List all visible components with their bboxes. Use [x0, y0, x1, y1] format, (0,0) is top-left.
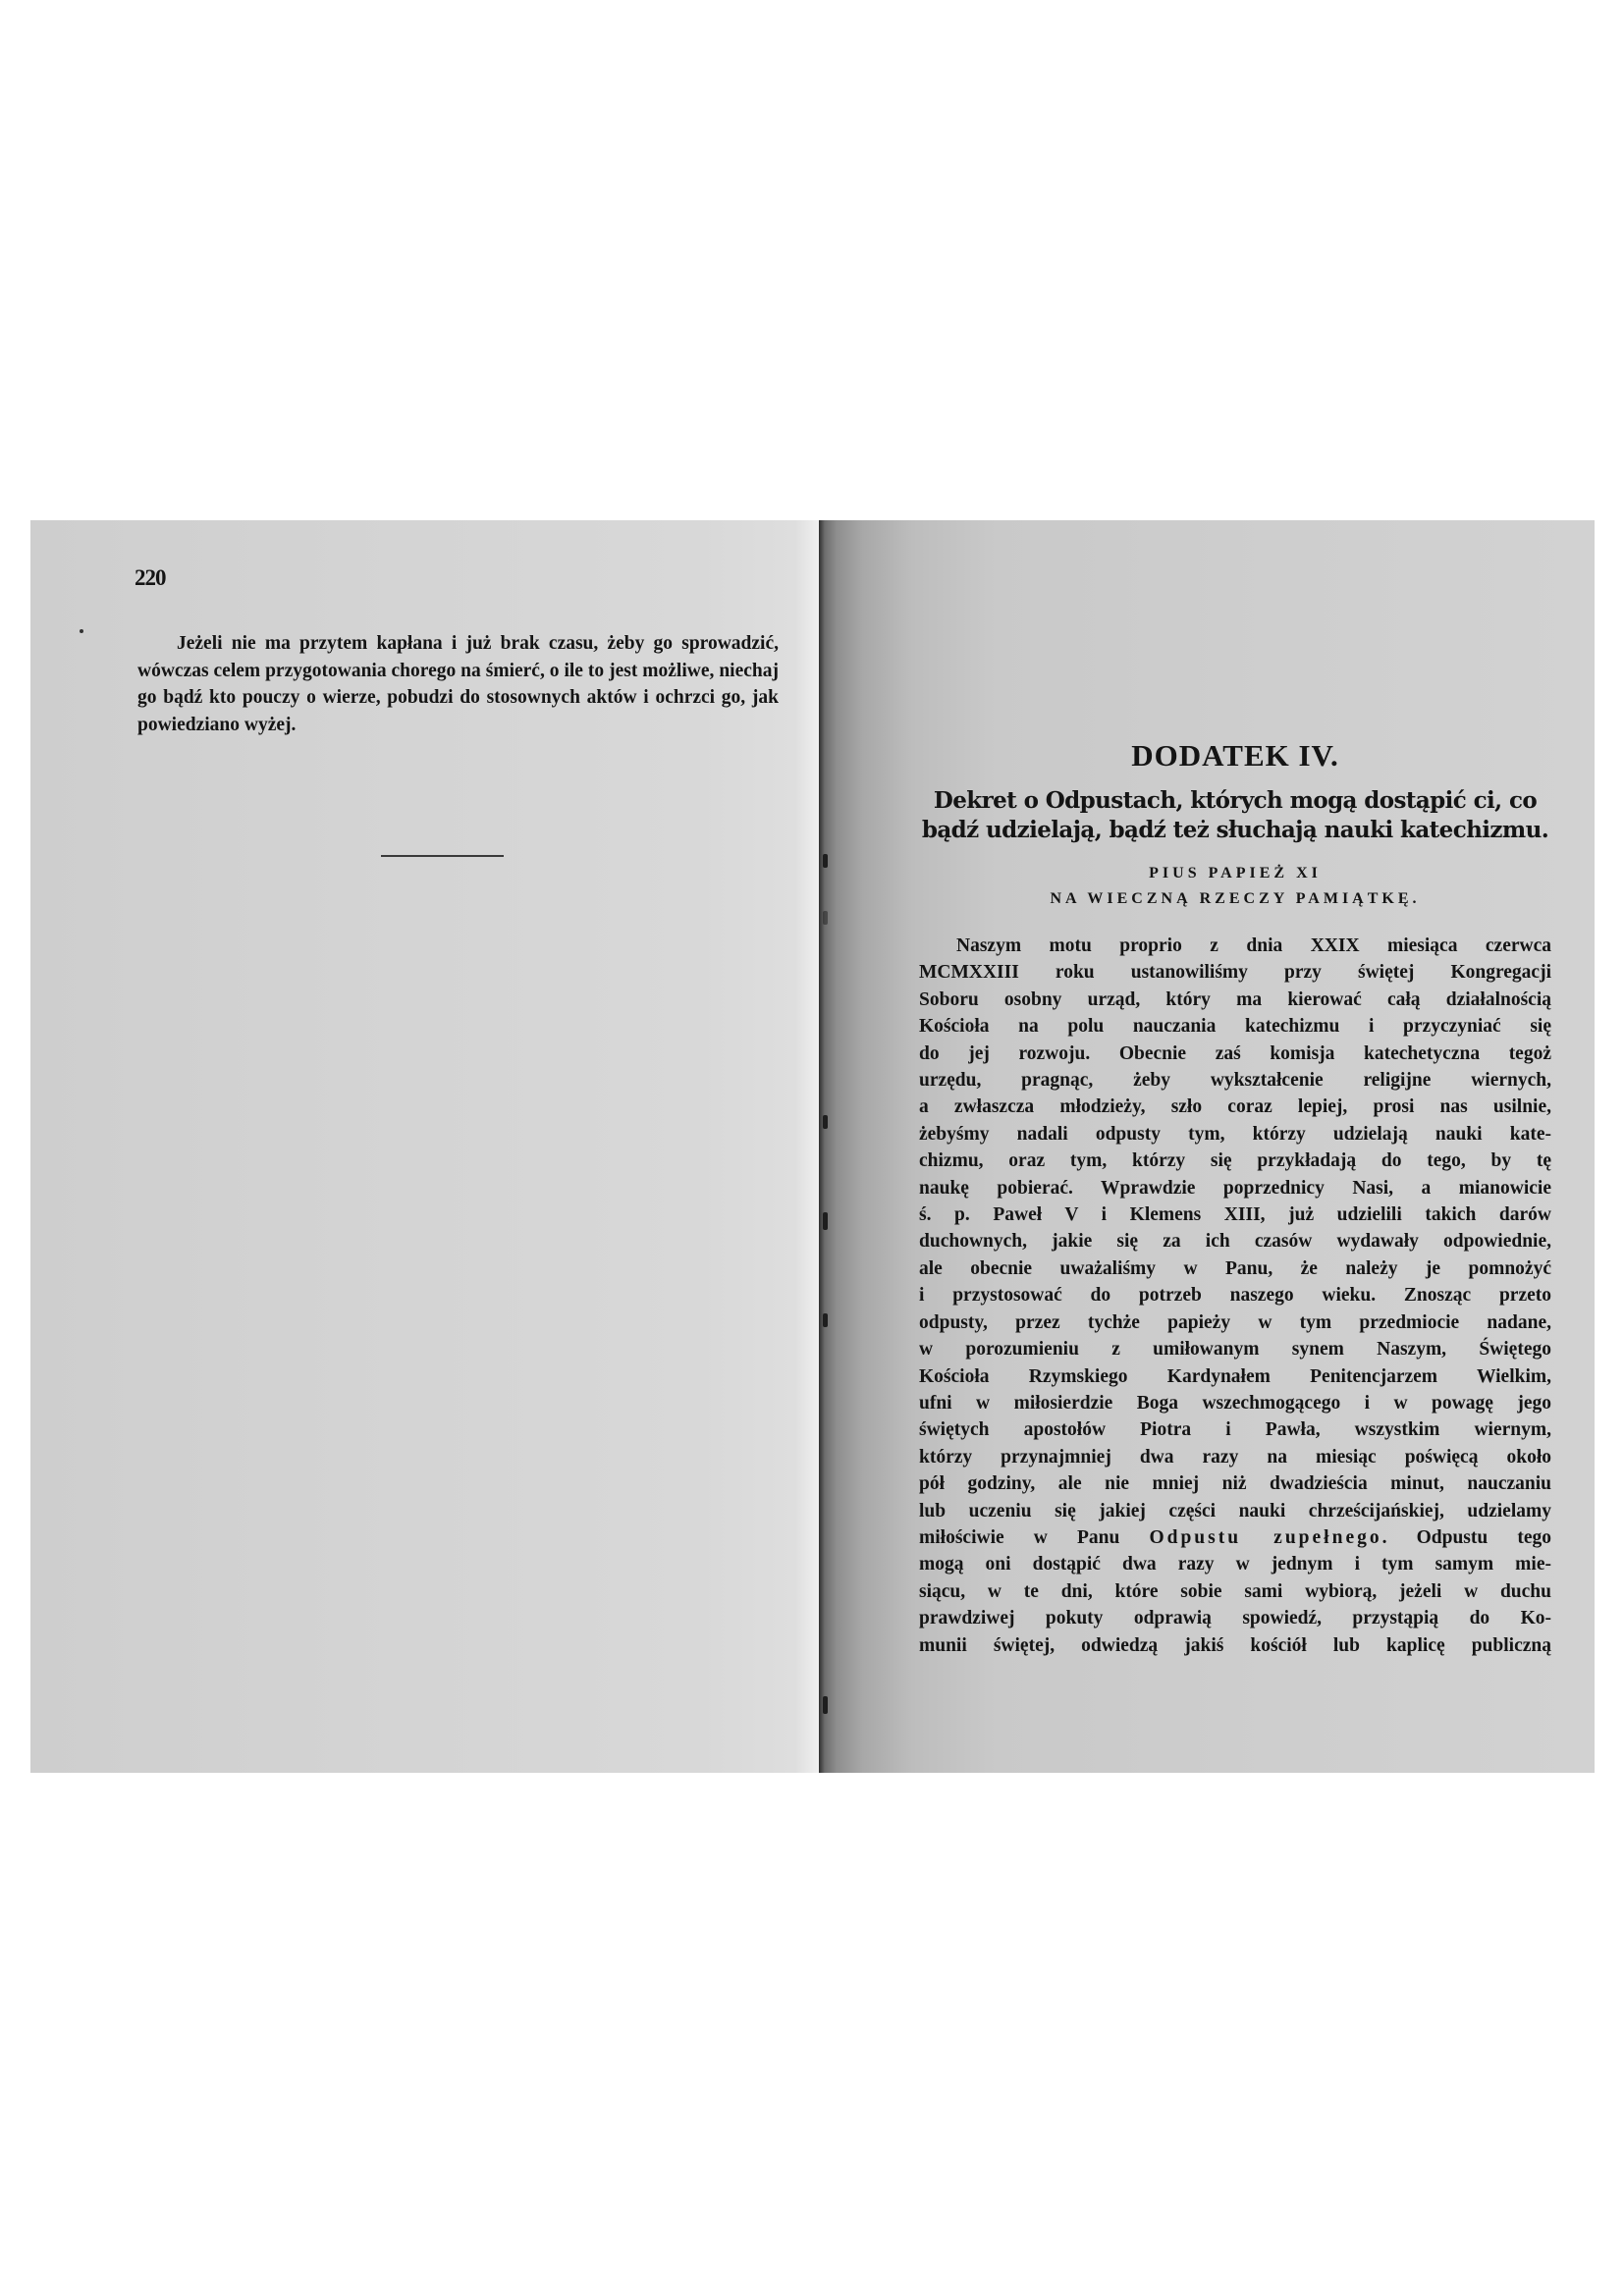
- memory-line: NA WIECZNĄ RZECZY PAMIĄTKĘ.: [919, 886, 1551, 912]
- right-page: DODATEK IV. Dekret o Odpustach, których …: [819, 520, 1595, 1773]
- gutter-mark: [823, 1313, 828, 1327]
- pope-heading: PIUS PAPIEŻ XI NA WIECZNĄ RZECZY PAMIĄTK…: [919, 861, 1551, 912]
- body-line: ale obecnie uważaliśmy w Panu, że należy…: [919, 1255, 1551, 1282]
- body-line: Soboru osobny urząd, który ma kierować c…: [919, 987, 1551, 1013]
- body-line: miłościwie w Panu Odpustu zupełnego. Odp…: [919, 1524, 1551, 1551]
- body-line: siącu, w te dni, które sobie sami wybior…: [919, 1578, 1551, 1605]
- body-line: świętych apostołów Piotra i Pawła, wszys…: [919, 1416, 1551, 1443]
- left-page: 220 Jeżeli nie ma przytem kapłana i już …: [30, 520, 819, 1773]
- decree-body: Naszym motu proprio z dnia XXIX miesiąca…: [919, 933, 1551, 1659]
- body-line: w porozumieniu z umiłowanym synem Naszym…: [919, 1336, 1551, 1362]
- pope-line: PIUS PAPIEŻ XI: [919, 861, 1551, 886]
- body-line: którzy przynajmniej dwa razy na miesiąc …: [919, 1444, 1551, 1470]
- body-line: do jej rozwoju. Obecnie zaś komisja kate…: [919, 1041, 1551, 1067]
- appendix-title: DODATEK IV.: [919, 738, 1551, 774]
- body-line: Naszym motu proprio z dnia XXIX miesiąca…: [919, 933, 1551, 959]
- page-number: 220: [135, 565, 166, 591]
- body-line: i przystosować do potrzeb naszego wieku.…: [919, 1282, 1551, 1308]
- section-divider: [381, 855, 504, 857]
- body-line: prawdziwej pokuty odprawią spowiedź, prz…: [919, 1605, 1551, 1631]
- body-line: pół godziny, ale nie mniej niż dwadzieśc…: [919, 1470, 1551, 1497]
- book-scan: 220 Jeżeli nie ma przytem kapłana i już …: [30, 520, 1595, 1773]
- body-line: naukę pobierać. Wprawdzie poprzednicy Na…: [919, 1175, 1551, 1201]
- gutter-mark: [823, 911, 828, 925]
- body-line: Kościoła Rzymskiego Kardynałem Penitencj…: [919, 1363, 1551, 1390]
- stray-ink-mark: [80, 629, 83, 633]
- body-line: żebyśmy nadali odpusty tym, którzy udzie…: [919, 1121, 1551, 1148]
- gutter-mark: [823, 1115, 828, 1129]
- decree-title: Dekret o Odpustach, których mogą dostąpi…: [913, 786, 1557, 845]
- body-line: duchownych, jakie się za ich czasów wyda…: [919, 1228, 1551, 1255]
- body-line: ś. p. Paweł V i Klemens XIII, już udziel…: [919, 1201, 1551, 1228]
- decree-title-line: bądź udzielają, bądź też słuchają nauki …: [913, 816, 1557, 845]
- body-line: a zwłaszcza młodzieży, szło coraz lepiej…: [919, 1094, 1551, 1120]
- left-paragraph: Jeżeli nie ma przytem kapłana i już brak…: [137, 630, 779, 738]
- body-line: Kościoła na polu nauczania katechizmu i …: [919, 1013, 1551, 1040]
- body-line: mogą oni dostąpić dwa razy w jednym i ty…: [919, 1551, 1551, 1577]
- body-line: MCMXXIII roku ustanowiliśmy przy świętej…: [919, 959, 1551, 986]
- body-line: chizmu, oraz tym, którzy się przykładają…: [919, 1148, 1551, 1174]
- body-line: munii świętej, odwiedzą jakiś kościół lu…: [919, 1632, 1551, 1659]
- decree-title-line: Dekret o Odpustach, których mogą dostąpi…: [913, 786, 1557, 816]
- body-line: urzędu, pragnąc, żeby wykształcenie reli…: [919, 1067, 1551, 1094]
- body-line: odpusty, przez tychże papieży w tym prze…: [919, 1309, 1551, 1336]
- gutter-mark: [823, 1696, 828, 1714]
- body-line: ufni w miłosierdzie Boga wszechmogącego …: [919, 1390, 1551, 1416]
- body-line: lub uczeniu się jakiej części nauki chrz…: [919, 1498, 1551, 1524]
- gutter-mark: [823, 854, 828, 868]
- emphasized-phrase: Odpustu zupełnego: [1149, 1527, 1381, 1548]
- gutter-mark: [823, 1212, 828, 1230]
- paragraph-text: Jeżeli nie ma przytem kapłana i już brak…: [137, 630, 779, 738]
